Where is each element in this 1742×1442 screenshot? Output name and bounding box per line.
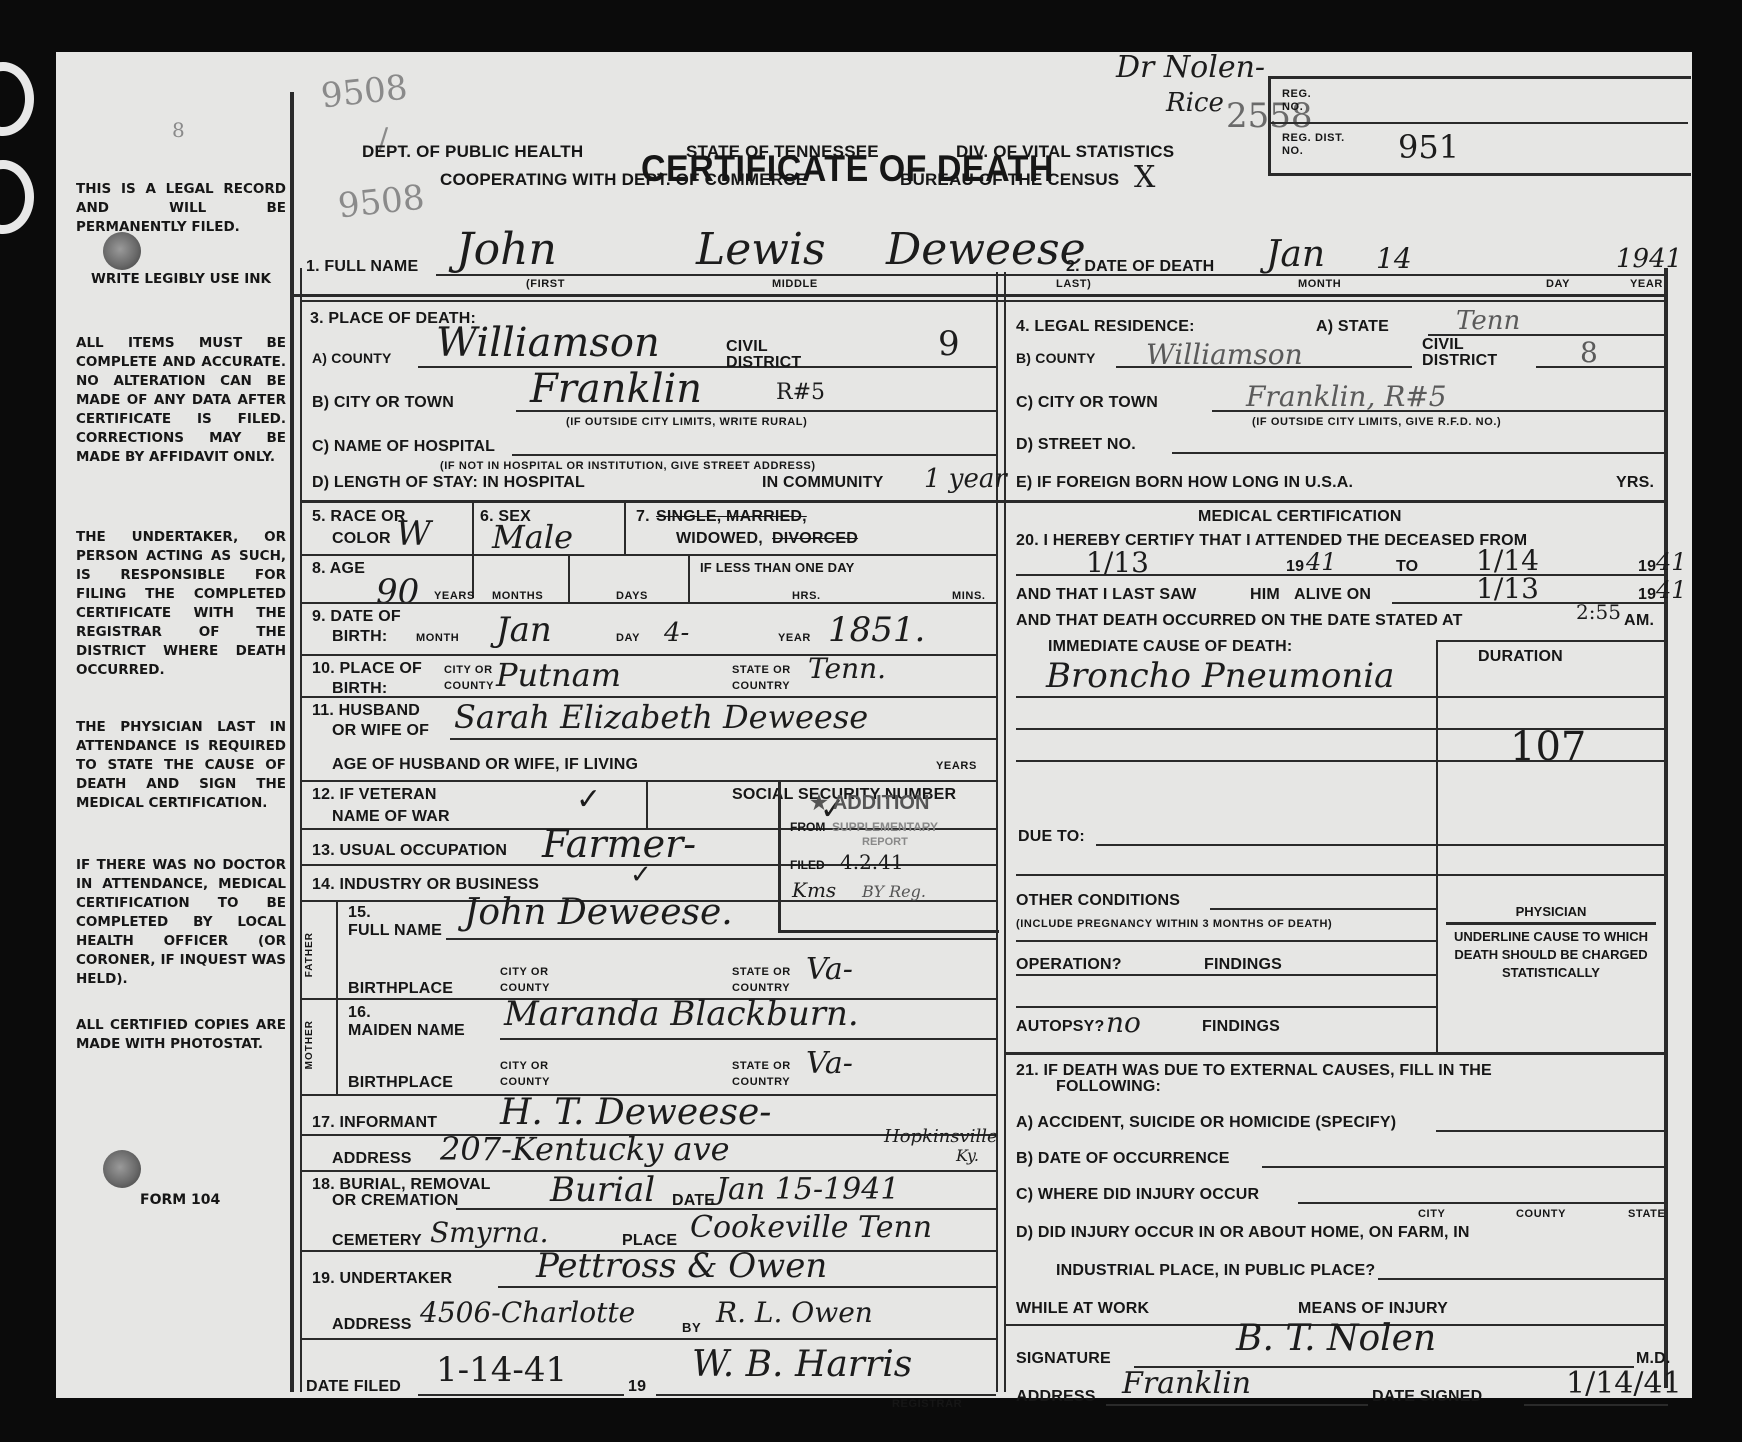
spouse-age-label: AGE OF HUSBAND OR WIFE, IF LIVING: [332, 756, 638, 774]
street-label: D) STREET NO.: [1016, 436, 1136, 454]
age-years: 90: [376, 572, 419, 612]
date-signed: 1/14/41: [1566, 1366, 1682, 1401]
death-time-suffix: A: [1624, 612, 1636, 630]
cell-divider: [646, 780, 648, 828]
section-divider-inner: [300, 300, 1668, 302]
undertaker-line: [498, 1286, 996, 1288]
physician-address: Franklin: [1122, 1366, 1251, 1401]
to-label: TO: [1396, 558, 1418, 576]
top-note-physician: Dr Nolen-: [1116, 50, 1265, 85]
race-label-1: 5. RACE OR: [312, 508, 406, 526]
residence-county-label: B) COUNTY: [1016, 350, 1096, 366]
other-conditions-note: (INCLUDE PREGNANCY WITHIN 3 MONTHS OF DE…: [1016, 918, 1332, 930]
burial-date-label: DATE: [672, 1192, 715, 1210]
birth-city-label-1: CITY OR: [444, 664, 493, 676]
occupation-label: 13. USUAL OCCUPATION: [312, 842, 507, 860]
sub-year: YEAR: [1630, 278, 1663, 290]
birth-month: Jan: [496, 610, 552, 650]
sub-day: DAY: [1546, 278, 1570, 290]
operation-label: OPERATION?: [1016, 956, 1122, 974]
foreign-unit: YRS.: [1616, 474, 1654, 492]
father-birthplace-label: BIRTHPLACE: [348, 980, 453, 998]
mother-name-line: [500, 1038, 996, 1040]
header-dept: DEPT. OF PUBLIC HEALTH: [362, 142, 583, 162]
father-city-label-1: CITY OR: [500, 966, 549, 978]
full-name-middle: Lewis: [696, 224, 826, 275]
due-to-label: DUE TO:: [1018, 828, 1085, 846]
street-line: [1172, 452, 1668, 454]
death-county: Williamson: [436, 320, 660, 366]
father-name-label: FULL NAME: [348, 922, 442, 940]
days-label: DAYS: [616, 590, 648, 602]
autopsy-value: no: [1106, 1006, 1141, 1039]
cell-divider: [624, 502, 626, 554]
birth-state-label-1: STATE OR: [732, 664, 791, 676]
residence-district-line: [1536, 366, 1668, 368]
informant-address-label: ADDRESS: [332, 1150, 412, 1168]
cause-value: Broncho Pneumonia: [1046, 656, 1394, 696]
father-state-label-1: STATE OR: [732, 966, 791, 978]
less-than-day-label: IF LESS THAN ONE DAY: [700, 560, 854, 575]
external-d-label-2: INDUSTRIAL PLACE, IN PUBLIC PLACE?: [1056, 1262, 1375, 1280]
undertaker-by: R. L. Owen: [716, 1296, 873, 1329]
father-state-label-2: COUNTRY: [732, 982, 790, 994]
operation-findings-label: FINDINGS: [1204, 956, 1282, 974]
occupation-value: Farmer-: [542, 822, 696, 866]
punch-hole: [103, 1150, 141, 1188]
undertaker-by-label: BY: [682, 1320, 701, 1335]
informant-address: 207-Kentucky ave: [440, 1130, 730, 1168]
main-frame-left-border-inner: [300, 268, 302, 1392]
birth-year: 1851.: [828, 610, 925, 650]
residence-city-note: (IF OUTSIDE CITY LIMITS, GIVE R.F.D. NO.…: [1252, 416, 1501, 428]
main-frame-left-border: [290, 92, 294, 1392]
reg-no-label: REG. NO.: [1282, 88, 1322, 114]
date-signed-line: [1524, 1404, 1668, 1406]
birth-date-label-1: 9. DATE OF: [312, 608, 401, 626]
attended-from-date: 1/13: [1086, 546, 1149, 579]
external-b-label: B) DATE OF OCCURRENCE: [1016, 1150, 1230, 1168]
last-saw-year: 41: [1656, 576, 1687, 604]
birth-day: 4-: [664, 618, 689, 648]
residence-district-label: DISTRICT: [1422, 352, 1497, 370]
burial-value: Burial: [550, 1170, 655, 1210]
last-saw-label: AND THAT I LAST SAW: [1016, 586, 1196, 604]
sidebar-note-undertaker: THE UNDERTAKER, OR PERSON ACTING AS SUCH…: [76, 528, 286, 680]
column-divider-inner: [1004, 272, 1006, 1392]
spouse-label-1: 11. HUSBAND: [312, 702, 420, 720]
birth-year-label: YEAR: [778, 632, 811, 644]
sidebar-note-accuracy: ALL ITEMS MUST BE COMPLETE AND ACCURATE.…: [76, 334, 286, 467]
stamp-supplementary: SUPPLEMENTARY: [832, 820, 938, 834]
mins-label: MINS.: [952, 590, 986, 602]
death-time-label: AND THAT DEATH OCCURRED ON THE DATE STAT…: [1016, 612, 1463, 630]
other-conditions-line: [1210, 908, 1436, 910]
hrs-label: HRS.: [792, 590, 821, 602]
veteran-label-2: NAME OF WAR: [332, 808, 450, 826]
mother-city-label-1: CITY OR: [500, 1060, 549, 1072]
registration-box: [1268, 76, 1691, 176]
cell-divider: [688, 554, 690, 602]
birth-date-label-2: BIRTH:: [332, 628, 387, 646]
full-name-label: 1. FULL NAME: [306, 258, 418, 276]
death-certificate: 9508 / 9508 8 Dr Nolen- Rice 2558 THIS I…: [56, 52, 1692, 1398]
district-label: DISTRICT: [726, 354, 801, 372]
signature-label: SIGNATURE: [1016, 1350, 1111, 1368]
cause-line: [1016, 696, 1668, 698]
years-label: YEARS: [434, 590, 475, 602]
row-divider: [1016, 940, 1436, 942]
mother-state: Va-: [806, 1046, 853, 1081]
last-saw-year-prefix: 19: [1638, 586, 1656, 604]
form-number: FORM 104: [140, 1192, 220, 1208]
residence-city: Franklin, R#5: [1246, 380, 1447, 413]
physician-note: UNDERLINE CAUSE TO WHICH DEATH SHOULD BE…: [1446, 928, 1656, 982]
sub-middle: MIDDLE: [772, 278, 818, 290]
death-district: 9: [938, 324, 960, 364]
marital-struck-single-married: SINGLE, MARRIED,: [656, 508, 807, 526]
father-num: 15.: [348, 904, 371, 922]
date-filed-line: [418, 1394, 624, 1396]
from-year-prefix: 19: [1286, 558, 1304, 576]
external-c-label: C) WHERE DID INJURY OCCUR: [1016, 1186, 1259, 1204]
sidebar-note-no-doctor: IF THERE WAS NO DOCTOR IN ATTENDANCE, ME…: [76, 856, 286, 989]
row-divider: [300, 654, 996, 656]
birth-day-label: DAY: [616, 632, 640, 644]
duration-column-divider: [1436, 640, 1438, 1052]
burial-place: Cookeville Tenn: [690, 1210, 932, 1245]
header-bureau: BUREAU OF THE CENSUS: [900, 170, 1119, 190]
veteran-label-1: 12. IF VETERAN: [312, 786, 437, 804]
punch-hole: [103, 232, 141, 270]
residence-city-label: C) CITY OR TOWN: [1016, 394, 1158, 412]
section-divider: [300, 500, 1668, 503]
stamp-by-reg: BY Reg.: [862, 882, 926, 901]
spouse-age-unit: YEARS: [936, 760, 977, 772]
birth-state: Tenn.: [808, 652, 886, 685]
community-label: IN COMMUNITY: [762, 474, 884, 492]
film-sprocket-hole: [0, 160, 34, 234]
birth-state-label-2: COUNTRY: [732, 680, 790, 692]
father-name: John Deweese.: [464, 892, 733, 933]
from-year: 41: [1306, 548, 1337, 576]
full-name-first: John: [456, 224, 557, 275]
cemetery-value: Smyrna.: [430, 1216, 549, 1249]
death-time-m: M.: [1636, 612, 1654, 630]
industry-check: ✓: [630, 860, 652, 890]
physician-address-label: ADDRESS: [1016, 1388, 1096, 1406]
to-year: 41: [1656, 548, 1687, 576]
row-divider: [1016, 974, 1436, 976]
cell-divider: [568, 554, 570, 602]
veteran-check: ✓: [576, 782, 601, 817]
mother-name: Maranda Blackburn.: [504, 994, 859, 1034]
birth-city-label-2: COUNTY: [444, 680, 494, 692]
cell-divider: [472, 502, 474, 598]
duration-value: 107: [1510, 724, 1586, 770]
autopsy-findings-label: FINDINGS: [1202, 1018, 1280, 1036]
city-note: (IF OUTSIDE CITY LIMITS, WRITE RURAL): [566, 416, 807, 428]
mother-state-label-1: STATE OR: [732, 1060, 791, 1072]
registrar-label: REGISTRAR: [892, 1398, 962, 1410]
stay-label: D) LENGTH OF STAY: IN HOSPITAL: [312, 474, 585, 492]
sidebar-note-photostat: ALL CERTIFIED COPIES ARE MADE WITH PHOTO…: [76, 1016, 286, 1054]
bureau-x-mark: X: [1134, 160, 1155, 195]
row-divider: [300, 1338, 996, 1340]
external-a-line: [1436, 1130, 1668, 1132]
sub-last: LAST): [1056, 278, 1091, 290]
county-line: [418, 366, 996, 368]
last-saw-pronoun: HIM: [1250, 586, 1280, 604]
pencil-file-number: 9508: [336, 178, 426, 227]
last-saw-date: 1/13: [1476, 572, 1539, 605]
duration-label: DURATION: [1478, 648, 1563, 666]
external-c-state: STATE: [1628, 1208, 1665, 1220]
stamp-report: REPORT: [862, 836, 908, 848]
marital-label: 7.: [636, 508, 650, 526]
residence-state: Tenn: [1456, 306, 1520, 336]
sub-first: (FIRST: [526, 278, 565, 290]
external-c-line: [1298, 1202, 1668, 1204]
mother-city-label-2: COUNTY: [500, 1076, 550, 1088]
due-to-line-2: [1016, 874, 1668, 876]
duration-top-line: [1436, 640, 1668, 642]
stamp-filed-date: 4.2.41: [840, 850, 904, 874]
external-c-city: CITY: [1418, 1208, 1445, 1220]
sidebar-note-legibly: WRITE LEGIBLY USE INK: [76, 270, 286, 289]
informant-city: Hopkinsville: [884, 1126, 998, 1147]
row-divider: [1016, 1006, 1436, 1008]
birth-place-label-1: 10. PLACE OF: [312, 660, 422, 678]
undertaker-label: 19. UNDERTAKER: [312, 1270, 452, 1288]
father-state: Va-: [806, 952, 853, 987]
medical-heading: MEDICAL CERTIFICATION: [1198, 508, 1402, 526]
external-b-line: [1262, 1166, 1668, 1168]
informant-name: H. T. Deweese-: [500, 1092, 771, 1133]
date-filed-year-prefix: 19: [628, 1378, 646, 1396]
section-divider: [1004, 1052, 1668, 1055]
top-note-physician-2: Rice: [1166, 88, 1224, 118]
spouse-label-2: OR WIFE OF: [332, 722, 429, 740]
father-name-line: [446, 938, 996, 940]
spouse-name: Sarah Elizabeth Deweese: [454, 698, 868, 736]
cause-label: IMMEDIATE CAUSE OF DEATH:: [1048, 638, 1292, 656]
date-of-death-label: 2. DATE OF DEATH: [1066, 258, 1214, 276]
registrar-signature: W. B. Harris: [692, 1344, 912, 1385]
undertaker-address: 4506-Charlotte: [420, 1296, 635, 1329]
months-label: MONTHS: [492, 590, 543, 602]
row-divider: [300, 554, 996, 556]
date-signed-label: DATE SIGNED: [1372, 1388, 1482, 1406]
film-sprocket-hole: [0, 62, 34, 136]
marital-struck-divorced: DIVORCED: [772, 530, 858, 548]
informant-state: Ky.: [956, 1146, 979, 1165]
birth-month-label: MONTH: [416, 632, 459, 644]
legal-residence-label: 4. LEGAL RESIDENCE:: [1016, 318, 1195, 336]
county-label: A) COUNTY: [312, 350, 392, 366]
informant-label: 17. INFORMANT: [312, 1114, 437, 1132]
autopsy-label: AUTOPSY?: [1016, 1018, 1104, 1036]
reg-dist-value: 951: [1398, 128, 1459, 166]
external-c-county: COUNTY: [1516, 1208, 1566, 1220]
external-d-line: [1378, 1278, 1668, 1280]
burial-date: Jan 15-1941: [716, 1172, 899, 1207]
stamp-filed-label: FILED: [790, 858, 825, 872]
sidebar-note-physician: THE PHYSICIAN LAST IN ATTENDANCE IS REQU…: [76, 718, 286, 813]
age-label: 8. AGE: [312, 560, 365, 578]
race-value: W: [396, 514, 431, 554]
undertaker-address-label: ADDRESS: [332, 1316, 412, 1334]
city-label: B) CITY OR TOWN: [312, 394, 454, 412]
means-of-injury-label: MEANS OF INJURY: [1298, 1300, 1448, 1318]
spouse-line: [450, 738, 996, 740]
to-year-prefix: 19: [1638, 558, 1656, 576]
death-day: 14: [1376, 242, 1412, 275]
mother-num: 16.: [348, 1004, 371, 1022]
stamp-from: FROM: [790, 820, 825, 834]
residence-district: 8: [1580, 336, 1598, 369]
burial-label-2: OR CREMATION: [332, 1192, 459, 1210]
physician-address-line: [1106, 1404, 1368, 1406]
death-city-route: R#5: [776, 380, 825, 405]
registration-divider: [1268, 122, 1688, 124]
header-state: STATE OF TENNESSEE: [686, 142, 879, 162]
alive-label: ALIVE ON: [1294, 586, 1371, 604]
death-city: Franklin: [530, 366, 702, 412]
residence-state-label: A) STATE: [1316, 318, 1389, 336]
father-side-label: FATHER: [304, 932, 315, 977]
date-filed-value: 1-14-41: [436, 1350, 567, 1390]
pencil-file-number: 9508: [319, 68, 409, 117]
death-time: 2:55: [1576, 600, 1621, 624]
external-a-label: A) ACCIDENT, SUICIDE OR HOMICIDE (SPECIF…: [1016, 1114, 1396, 1132]
physician-note-title: PHYSICIAN: [1446, 904, 1656, 925]
external-d-label-1: D) DID INJURY OCCUR IN OR ABOUT HOME, ON…: [1016, 1224, 1470, 1242]
residence-county: Williamson: [1146, 338, 1303, 371]
header-cooperating: COOPERATING WITH DEPT. OF COMMERCE: [440, 170, 807, 190]
cemetery-label: CEMETERY: [332, 1232, 422, 1250]
hospital-line: [512, 454, 996, 456]
stamp-initials: Kms: [792, 878, 836, 902]
reg-dist-label: REG. DIST. NO.: [1282, 132, 1362, 158]
main-frame-right-border: [1664, 268, 1668, 1388]
mother-name-label: MAIDEN NAME: [348, 1022, 465, 1040]
community-value: 1 year: [924, 464, 1007, 494]
foreign-label: E) IF FOREIGN BORN HOW LONG IN U.S.A.: [1016, 474, 1353, 492]
while-at-work-label: WHILE AT WORK: [1016, 1300, 1149, 1318]
sub-month: MONTH: [1298, 278, 1341, 290]
date-filed-label: DATE FILED: [306, 1378, 401, 1396]
mother-state-label-2: COUNTRY: [732, 1076, 790, 1088]
full-name-last: Deweese: [886, 224, 1086, 275]
sidebar-note-legal: THIS IS A LEGAL RECORD AND WILL BE PERMA…: [76, 180, 286, 237]
hospital-label: C) NAME OF HOSPITAL: [312, 438, 495, 456]
death-month: Jan: [1266, 234, 1325, 275]
death-year: 1941: [1616, 244, 1682, 274]
row-divider: [300, 602, 996, 604]
physician-signature: B. T. Nolen: [1236, 1318, 1436, 1359]
birth-city: Putnam: [496, 656, 621, 694]
race-label-2: COLOR: [332, 530, 391, 548]
mother-birthplace-label: BIRTHPLACE: [348, 1074, 453, 1092]
other-conditions-label: OTHER CONDITIONS: [1016, 892, 1180, 910]
section-divider: [290, 294, 1668, 297]
header-division: DIV. OF VITAL STATISTICS: [956, 142, 1174, 162]
father-city-label-2: COUNTY: [500, 982, 550, 994]
registrar-line: [656, 1394, 996, 1396]
external-heading-2: FOLLOWING:: [1056, 1078, 1161, 1096]
stamp-addition: ★ ADDITION: [810, 790, 929, 815]
hospital-note: (IF NOT IN HOSPITAL OR INSTITUTION, GIVE…: [440, 460, 816, 472]
mother-side-label: MOTHER: [304, 1020, 315, 1069]
due-to-line: [1096, 844, 1668, 846]
marital-widowed: WIDOWED,: [676, 530, 763, 548]
undertaker-value: Pettross & Owen: [536, 1246, 827, 1286]
corner-mark: 8: [172, 118, 185, 142]
sex-value: Male: [492, 518, 573, 556]
